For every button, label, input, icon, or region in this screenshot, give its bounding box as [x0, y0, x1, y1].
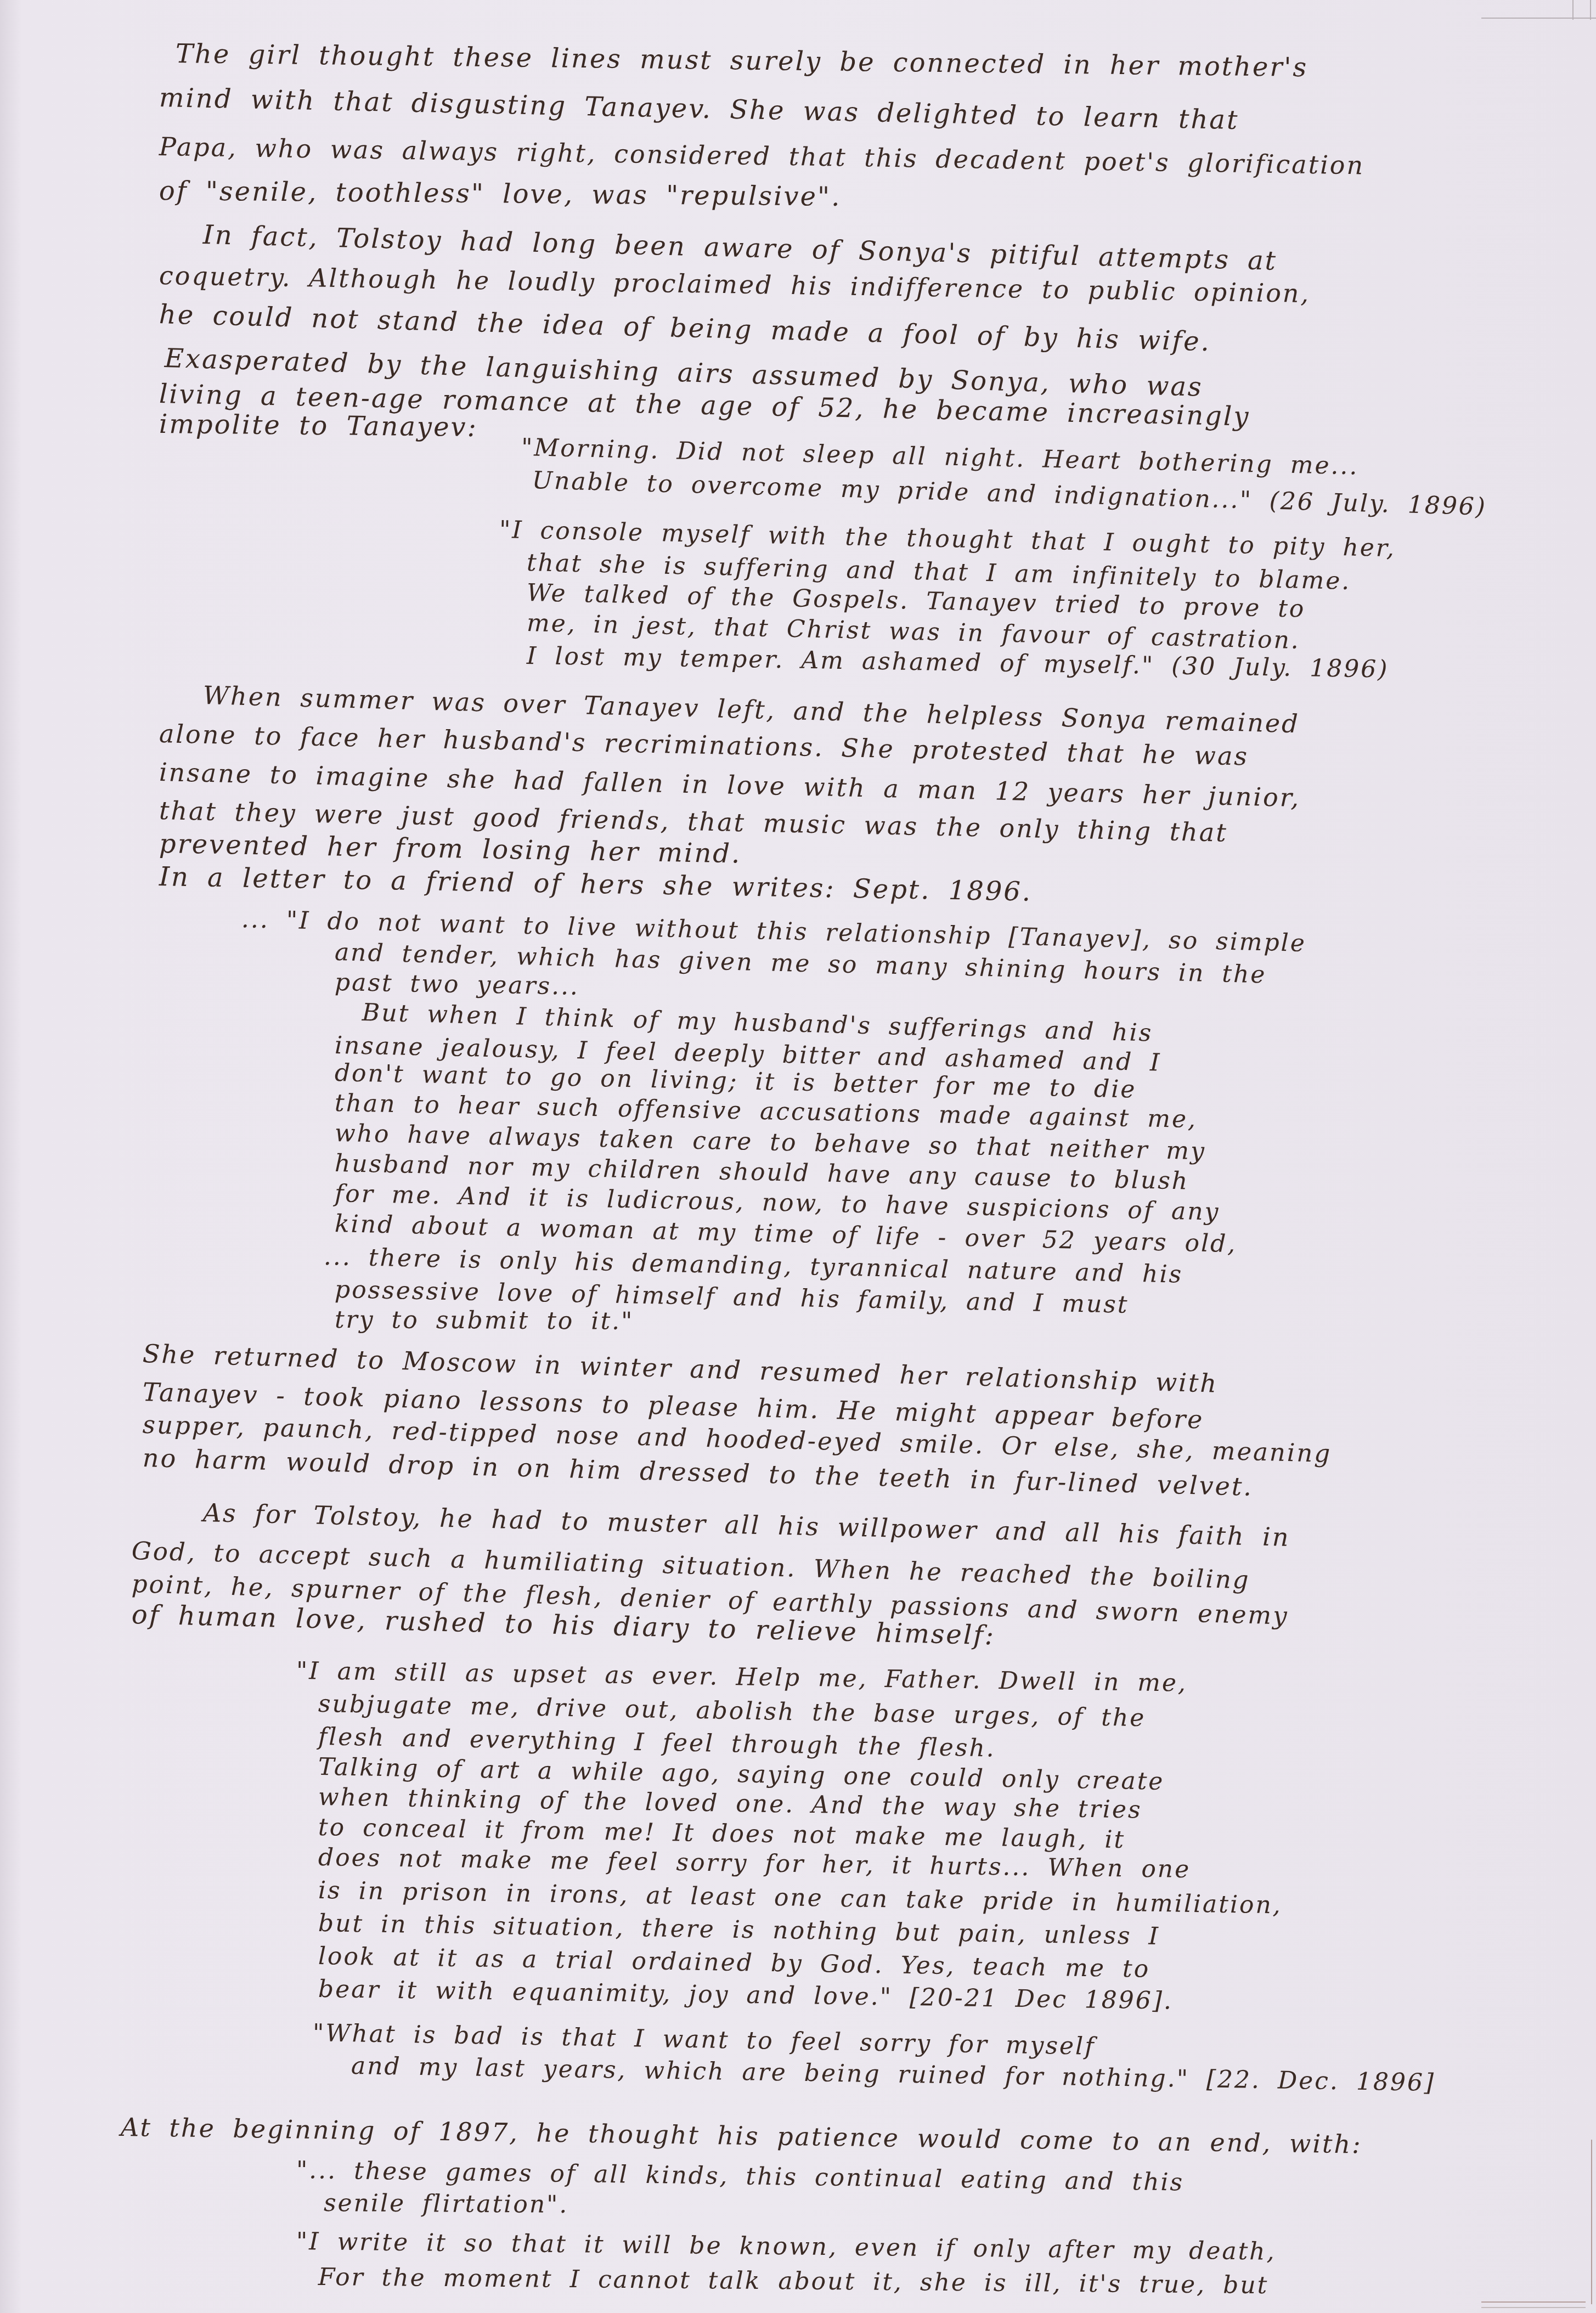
- text-line: of "senile, toothless" love, was "repuls…: [159, 176, 842, 212]
- text-line: past two years...: [335, 968, 580, 1001]
- manuscript-page: The girl thought these lines must surely…: [0, 0, 1596, 2313]
- text-line: In a letter to a friend of hers she writ…: [159, 861, 1033, 907]
- text-line: Papa, who was always right, considered t…: [159, 132, 1365, 180]
- text-line: At the beginning of 1897, he thought his…: [121, 2112, 1362, 2159]
- text-line: The girl thought these lines must surely…: [176, 38, 1309, 83]
- text-line: mind with that disgusting Tanayev. She w…: [159, 82, 1239, 136]
- page-frame-bottom-edge: [1481, 2301, 1586, 2308]
- text-line: For the moment I cannot talk about it, s…: [318, 2263, 1269, 2299]
- text-line: senile flirtation".: [324, 2189, 569, 2219]
- text-line: try to submit to it.": [335, 1306, 634, 1335]
- text-line: and my last years, which are being ruine…: [351, 2052, 1436, 2097]
- text-line: "I write it so that it will be known, ev…: [296, 2227, 1276, 2266]
- page-frame-corner: [1572, 0, 1591, 20]
- page-frame-right-edge: [1591, 2140, 1592, 2304]
- text-line: impolite to Tanayev:: [159, 409, 478, 443]
